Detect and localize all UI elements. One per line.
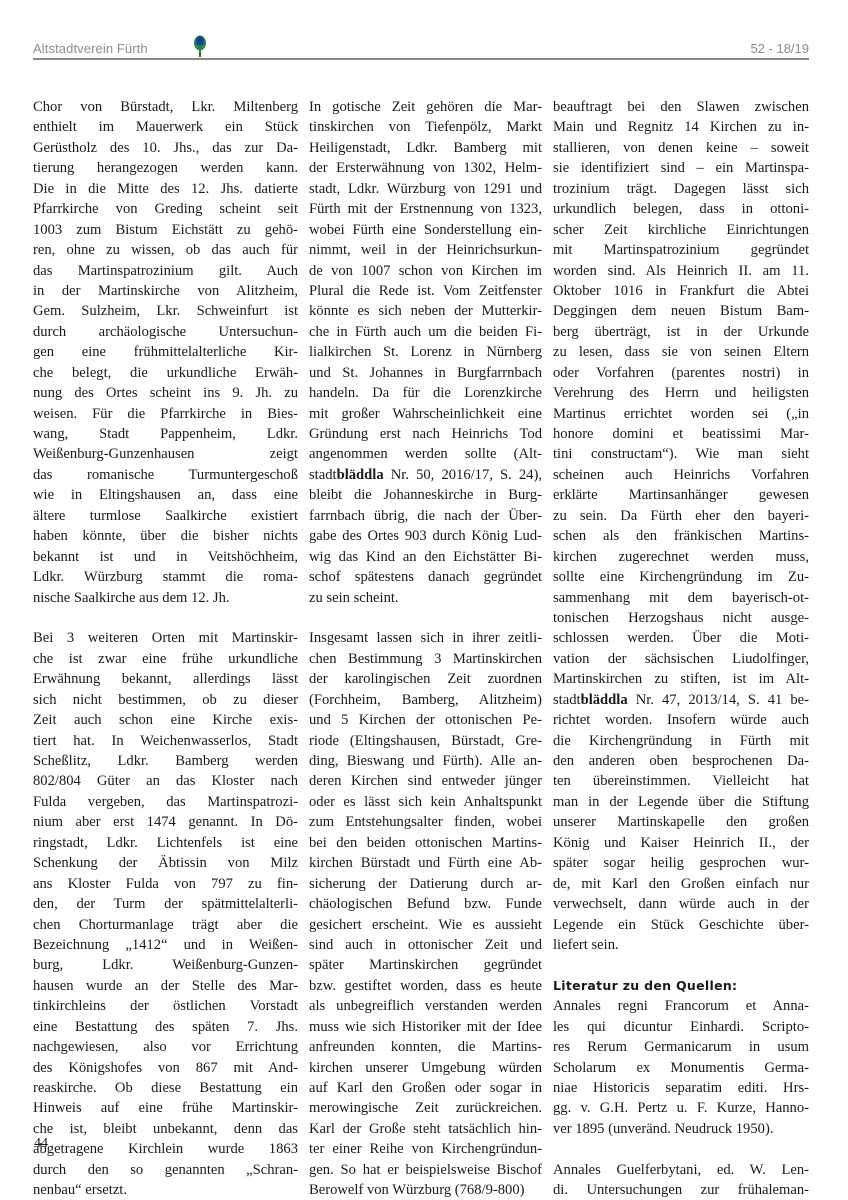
text-line: gen. So hat er beispielsweise Bischof	[309, 1160, 542, 1180]
text-line: mit großer Wahrscheinlichkeit eine	[309, 404, 542, 424]
text-line: che belegt, die urkundliche Erwäh-	[33, 363, 298, 383]
text-line: Hinweis auf eine frühe Martinskir-	[33, 1098, 298, 1118]
text-line: stadt, Ldkr. Würzburg von 1291 und	[309, 179, 542, 199]
text-line: durch den so genannten „Schran-	[33, 1160, 298, 1180]
text-line: chen Chorturmanlage trägt aber die	[33, 915, 298, 935]
text-line: Martinus errichtet worden sei („in	[553, 404, 809, 424]
text-line: mit Martinspatrozinium gegründet	[553, 240, 809, 260]
text-line: König und Kaiser Heinrich II., der	[553, 833, 809, 853]
text-line: gesichert erscheint. Wie es aussieht	[309, 915, 542, 935]
text-line: Plural die Rede ist. Vom Zeitfenster	[309, 281, 542, 301]
text-line: nimmt, weil in der Heinrichsurkun-	[309, 240, 542, 260]
text-line: nium aber erst 1474 genannt. In Dö-	[33, 812, 298, 832]
text-line: chäologischen Befund bzw. Funde	[309, 894, 542, 914]
text-line: Die in die Mitte des 12. Jhs. datierte	[33, 179, 298, 199]
text-line: berg überträgt, ist in der Urkunde	[553, 322, 809, 342]
text-line: In gotische Zeit gehören die Mar-	[309, 97, 542, 117]
text-line: nische Saalkirche aus dem 12. Jh.	[33, 588, 298, 608]
text-line: Chor von Bürstadt, Lkr. Miltenberg	[33, 97, 298, 117]
text-line: Main und Regnitz 14 Kirchen zu in-	[553, 117, 809, 137]
text-line: vation der sächsischen Liudolfinger,	[553, 649, 809, 669]
text-line: als unbegreiflich verstanden werden	[309, 996, 542, 1016]
text-line: bei den beiden ottonischen Martins-	[309, 833, 542, 853]
text-line: gg. v. G.H. Pertz u. F. Kurze, Hanno-	[553, 1098, 809, 1118]
text-line: ten übereinstimmen. Vielleicht hat	[553, 771, 809, 791]
text-line: sicherung der Datierung durch ar-	[309, 874, 542, 894]
text-line: schen als den fränkischen Martins-	[553, 526, 809, 546]
paragraph-gap	[33, 608, 298, 628]
text-line: zu sein scheint.	[309, 588, 542, 608]
text-line: tinkirchleins der östlichen Vorstadt	[33, 996, 298, 1016]
text-line: oder Vorfahren (parentes nostri) in	[553, 363, 809, 383]
text-line: ältere turmlose Saalkirche existiert	[33, 506, 298, 526]
text-line: der karolingischen Zeit zuordnen	[309, 669, 542, 689]
text-line: auf Karl den Großen oder sogar in	[309, 1078, 542, 1098]
text-line: 1003 zum Bistum Eichstätt zu gehö-	[33, 220, 298, 240]
text-line: angenommen werden sollte (Alt-	[309, 444, 542, 464]
paragraph-gap	[309, 608, 542, 628]
text-line: oder es lässt sich kein Anhaltspunkt	[309, 792, 542, 812]
text-line: worden sind. Als Heinrich II. am 11.	[553, 261, 809, 281]
text-line: ren, ohne zu wissen, ob das auch für	[33, 240, 298, 260]
text-line: die Kirchengründung in Fürth mit	[553, 731, 809, 751]
paragraph-gap	[553, 955, 809, 975]
text-line: Berowelf von Würzburg (768/9-800)	[309, 1180, 542, 1200]
text-line: (Forchheim, Bamberg, Alitzheim)	[309, 690, 542, 710]
text-line: ringstadt, Ldkr. Lichtenfels ist eine	[33, 833, 298, 853]
text-line: nung des Ortes scheint ins 9. Jh. zu	[33, 383, 298, 403]
text-line: stadtbläddla Nr. 47, 2013/14, S. 41 be-	[553, 690, 809, 710]
text-line: Weißenburg-Gunzenhausen zeigt	[33, 444, 298, 464]
text-line: tini constructam“). Wie man sieht	[553, 444, 809, 464]
text-column-2: In gotische Zeit gehören die Mar-tinskir…	[309, 97, 542, 1200]
paragraph: In gotische Zeit gehören die Mar-tinskir…	[309, 97, 542, 608]
text-line: Gem. Sulzheim, Lkr. Schweinfurt ist	[33, 301, 298, 321]
text-line: sie identifiziert sind – ein Martinspa-	[553, 158, 809, 178]
text-line: unserer Martinskapelle den großen	[553, 812, 809, 832]
text-line: wie in Eltingshausen an, dass eine	[33, 485, 298, 505]
text-line: scheinen auch Heinrichs Vorfahren	[553, 465, 809, 485]
text-line: gen eine frühmittelalterliche Kir-	[33, 342, 298, 362]
text-line: di. Untersuchungen zur frühaleman-	[553, 1180, 809, 1200]
magazine-name: bläddla	[337, 467, 384, 483]
text-line: abgetragene Kirchlein wurde 1863	[33, 1139, 298, 1159]
text-line: schof spätestens danach gegründet	[309, 567, 542, 587]
text-line: burg, Ldkr. Weißenburg-Gunzen-	[33, 955, 298, 975]
text-line: zu lesen, dass sie von seinen Eltern	[553, 342, 809, 362]
text-line: richtet worden. Insofern würde auch	[553, 710, 809, 730]
text-line: deren Kirchen sind entweder jünger	[309, 771, 542, 791]
text-line: tiert hat. In Weichenwasserlos, Stadt	[33, 731, 298, 751]
text-line: wobei Fürth eine Sonderstellung ein-	[309, 220, 542, 240]
text-line: Annales Guelferbytani, ed. W. Len-	[553, 1160, 809, 1180]
text-line: Heiligenstadt, Ldkr. Bamberg mit	[309, 138, 542, 158]
issue-number: 52 - 18/19	[750, 41, 809, 56]
text-line: später sogar heilig gesprochen wur-	[553, 853, 809, 873]
text-line: gabe des Ortes 903 durch König Lud-	[309, 526, 542, 546]
text-line: de, mit Karl den Großen einfach nur	[553, 874, 809, 894]
paragraph: Annales Guelferbytani, ed. W. Len-di. Un…	[553, 1160, 809, 1200]
text-line: urkundlich belegen, dass in ottoni-	[553, 199, 809, 219]
text-line: nenbau“ ersetzt.	[33, 1180, 298, 1200]
text-line: tierung herangezogen werden kann.	[33, 158, 298, 178]
text-line: ding, Bieswang und Fürth). Alle an-	[309, 751, 542, 771]
text-line: stallieren, von denen keine – soweit	[553, 138, 809, 158]
text-line: nachgewiesen, also vor Errichtung	[33, 1037, 298, 1057]
text-line: anfreunden konnten, die Martins-	[309, 1037, 542, 1057]
text-line: Ldkr. Würzburg stammt die roma-	[33, 567, 298, 587]
text-line: niae Historicis separatim editi. Hrs-	[553, 1078, 809, 1098]
text-line: das romanische Turmuntergeschoß	[33, 465, 298, 485]
text-line: beauftragt bei den Slawen zwischen	[553, 97, 809, 117]
text-line: und 5 Kirchen der ottonischen Pe-	[309, 710, 542, 730]
text-line: sammenhang mit dem bayerisch-ot-	[553, 588, 809, 608]
text-line: wig das Kind an den Eichstätter Bi-	[309, 547, 542, 567]
text-line: Scholarum ex Monumentis Germa-	[553, 1058, 809, 1078]
magazine-name: bläddla	[581, 692, 628, 708]
text-line: liefert sein.	[553, 935, 809, 955]
text-line: muss wie sich Historiker mit der Idee	[309, 1017, 542, 1037]
text-line: in der Martinskirche von Alitzheim,	[33, 281, 298, 301]
text-column-3: beauftragt bei den Slawen zwischenMain u…	[553, 97, 809, 1200]
text-line: Deggingen dem neuen Bistum Bam-	[553, 301, 809, 321]
text-line: kirchen zugerechnet werden muss,	[553, 547, 809, 567]
page-number: 44	[34, 1136, 48, 1152]
text-line: Schenkung der Äbtissin von Milz	[33, 853, 298, 873]
text-line: Gerüstholz des 10. Jhs., das zur Da-	[33, 138, 298, 158]
text-line: 802/804 Güter an das Kloster nach	[33, 771, 298, 791]
text-line: später Martinskirchen gegründet	[309, 955, 542, 975]
text-line: der Ersterwähnung von 1302, Helm-	[309, 158, 542, 178]
text-line: bekannt ist und in Veitshöchheim,	[33, 547, 298, 567]
text-line: und St. Johannes in Burgfarrnbach	[309, 363, 542, 383]
text-line: reaskirche. Ob diese Bestattung ein	[33, 1078, 298, 1098]
text-line: zu sein. Da Fürth eher den bayeri-	[553, 506, 809, 526]
text-line: wang, Stadt Pappenheim, Ldkr.	[33, 424, 298, 444]
text-line: Bezeichnung „1412“ und in Weißen-	[33, 935, 298, 955]
text-line: Zeit auch schon eine Kirche exis-	[33, 710, 298, 730]
text-line: de von 1007 schon von Kirchen im	[309, 261, 542, 281]
paragraph: Chor von Bürstadt, Lkr. Miltenbergenthie…	[33, 97, 298, 608]
text-line: merowingische Zeit zurückreichen.	[309, 1098, 542, 1118]
text-line: farrnbach übrig, die nach der Über-	[309, 506, 542, 526]
section-heading: Literatur zu den Quellen:	[553, 976, 809, 996]
text-line: zum Entstehungsalter finden, wobei	[309, 812, 542, 832]
text-line: honore domini et beatissimi Mar-	[553, 424, 809, 444]
text-line: Pfarrkirche von Greding scheint seit	[33, 199, 298, 219]
paragraph: Insgesamt lassen sich in ihrer zeitli-ch…	[309, 628, 542, 1200]
text-line: Oktober 1016 in Frankfurt die Abtei	[553, 281, 809, 301]
text-line: haben könnte, über die bisher nichts	[33, 526, 298, 546]
running-header: Altstadtverein Fürth 52 - 18/19	[33, 34, 809, 60]
text-line: Martinskirchen zu stiften, ist im Alt-	[553, 669, 809, 689]
text-line: che ist zwar eine frühe urkundliche	[33, 649, 298, 669]
text-line: chen Bestimmung 3 Martinskirchen	[309, 649, 542, 669]
text-line: handeln. Da für die Lorenzkirche	[309, 383, 542, 403]
text-line: bzw. gestiftet worden, dass es heute	[309, 976, 542, 996]
text-line: schlossen werden. Über die Moti-	[553, 628, 809, 648]
text-line: riode (Eltingshausen, Bürstadt, Gre-	[309, 731, 542, 751]
text-line: Insgesamt lassen sich in ihrer zeitli-	[309, 628, 542, 648]
text-line: Verehrung des Herrn und heiligsten	[553, 383, 809, 403]
text-line: das Martinspatrozinium gilt. Auch	[33, 261, 298, 281]
text-line: stadtbläddla Nr. 50, 2016/17, S. 24),	[309, 465, 542, 485]
text-line: weisen. Für die Pfarrkirche in Bies-	[33, 404, 298, 424]
text-line: könnte es sich neben der Mutterkir-	[309, 301, 542, 321]
text-line: eine Bestattung des späten 7. Jhs.	[33, 1017, 298, 1037]
text-line: den, der Turm der spätmittelalterli-	[33, 894, 298, 914]
text-line: kirchen Bürstadt und Fürth eine Ab-	[309, 853, 542, 873]
text-line: Scheßlitz, Ldkr. Bamberg werden	[33, 751, 298, 771]
text-line: les qui dicuntur Einhardi. Scripto-	[553, 1017, 809, 1037]
text-line: sich nicht bestimmen, ob zu dieser	[33, 690, 298, 710]
text-line: Annales regni Francorum et Anna-	[553, 996, 809, 1016]
text-line: Legende ein Stück Geschichte über-	[553, 915, 809, 935]
text-line: trozinium trägt. Dagegen lässt sich	[553, 179, 809, 199]
text-line: sollte eine Kirchengründung im Zu-	[553, 567, 809, 587]
text-line: ter einer Reihe von Kirchengründun-	[309, 1139, 542, 1159]
text-line: che ist, bleibt unbekannt, denn das	[33, 1119, 298, 1139]
text-line: den anderen oben besprochenen Da-	[553, 751, 809, 771]
text-line: Fürth mit der Erstnennung von 1323,	[309, 199, 542, 219]
paragraph-gap	[553, 1139, 809, 1159]
text-line: Gründung erst nach Heinrichs Tod	[309, 424, 542, 444]
text-line: hausen wurde an der Stelle des Mar-	[33, 976, 298, 996]
text-line: man in der Legende über die Stiftung	[553, 792, 809, 812]
text-line: tinskirchen von Tiefenpölz, Markt	[309, 117, 542, 137]
text-line: Fulda vergeben, das Martinspatrozi-	[33, 792, 298, 812]
tree-logo-icon	[193, 35, 207, 57]
text-column-1: Chor von Bürstadt, Lkr. Miltenbergenthie…	[33, 97, 298, 1200]
text-line: scher Zeit kirchliche Einrichtungen	[553, 220, 809, 240]
text-line: ans Kloster Fulda von 797 zu fin-	[33, 874, 298, 894]
text-line: erklärte Martinsanhänger gewesen	[553, 485, 809, 505]
text-line: ver 1895 (unveränd. Neudruck 1950).	[553, 1119, 809, 1139]
text-line: enthielt im Mauerwerk ein Stück	[33, 117, 298, 137]
text-line: che in Fürth auch um die beiden Fi-	[309, 322, 542, 342]
publisher-title: Altstadtverein Fürth	[33, 41, 148, 56]
text-line: des Königshofes von 867 mit And-	[33, 1058, 298, 1078]
paragraph: Literatur zu den Quellen:Annales regni F…	[553, 976, 809, 1140]
text-line: tonischen Herzogshaus nicht ausge-	[553, 608, 809, 628]
text-line: kirchen unserer Umgebung würden	[309, 1058, 542, 1078]
text-line: lialkirchen St. Lorenz in Nürnberg	[309, 342, 542, 362]
text-line: Karl der Große steht tatsächlich hin-	[309, 1119, 542, 1139]
text-line: Erwähnung bekannt, allerdings lässt	[33, 669, 298, 689]
text-line: sind auch in ottonischer Zeit und	[309, 935, 542, 955]
text-line: Bei 3 weiteren Orten mit Martinskir-	[33, 628, 298, 648]
paragraph: beauftragt bei den Slawen zwischenMain u…	[553, 97, 809, 955]
text-line: verwechselt, dann würde auch in der	[553, 894, 809, 914]
text-line: res Rerum Germanicarum in usum	[553, 1037, 809, 1057]
paragraph: Bei 3 weiteren Orten mit Martinskir-che …	[33, 628, 298, 1200]
text-line: durch archäologische Untersuchun-	[33, 322, 298, 342]
text-line: bleibt die Johanneskirche in Burg-	[309, 485, 542, 505]
